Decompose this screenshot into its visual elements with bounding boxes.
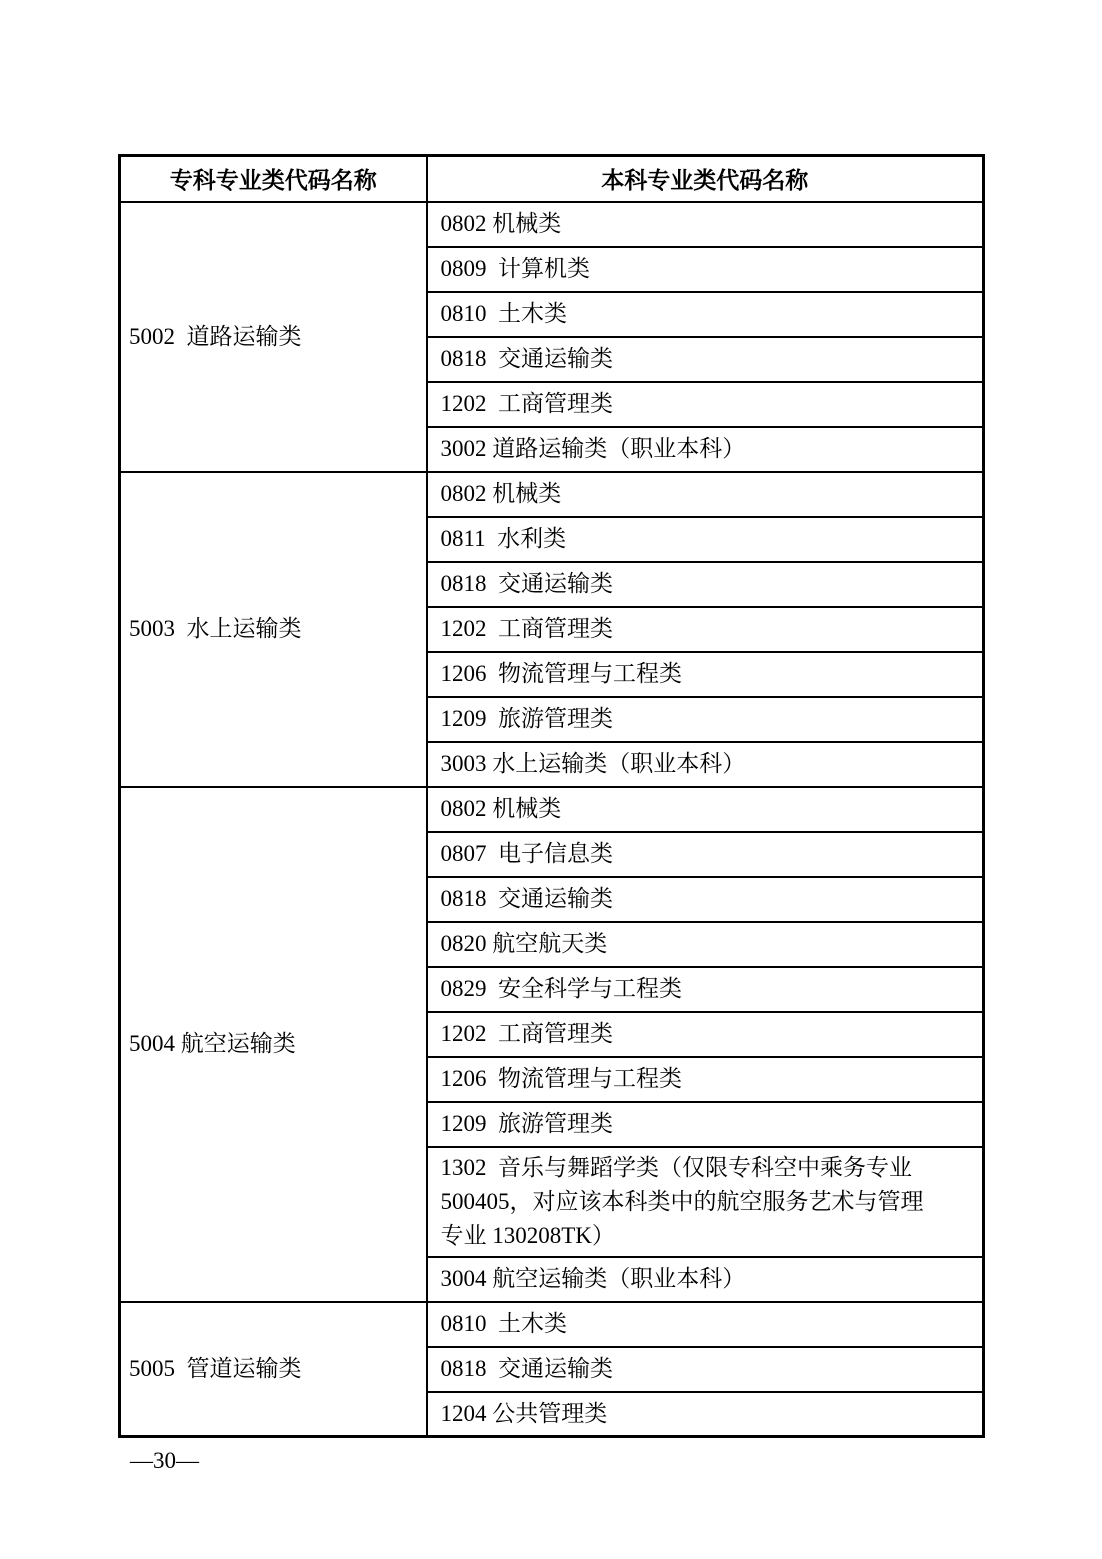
major-cell: 0818 交通运输类 [427,562,984,607]
major-cell: 1209 旅游管理类 [427,697,984,742]
major-cell: 0810 土木类 [427,1302,984,1347]
document-page: { "page": { "page_number": "—30—" }, "ta… [0,0,1102,1559]
header-row: 专科专业类代码名称 本科专业类代码名称 [120,156,984,202]
major-cell: 1204 公共管理类 [427,1392,984,1437]
major-cell: 1206 物流管理与工程类 [427,1057,984,1102]
major-cell: 0818 交通运输类 [427,877,984,922]
major-cell: 1302 音乐与舞蹈学类（仅限专科空中乘务专业 500405，对应该本科类中的航… [427,1147,984,1257]
major-cell: 1209 旅游管理类 [427,1102,984,1147]
major-cell: 1206 物流管理与工程类 [427,652,984,697]
major-cell: 0818 交通运输类 [427,337,984,382]
major-cell: 3002 道路运输类（职业本科） [427,427,984,472]
major-cell: 0820 航空航天类 [427,922,984,967]
header-left-cell: 专科专业类代码名称 [120,156,427,202]
major-cell: 0802 机械类 [427,202,984,247]
major-cell: 0802 机械类 [427,787,984,832]
table-row: 5005 管道运输类0810 土木类 [120,1302,984,1347]
category-cell: 5005 管道运输类 [120,1302,427,1437]
table-row: 5004 航空运输类0802 机械类 [120,787,984,832]
major-cell: 0818 交通运输类 [427,1347,984,1392]
table-header: 专科专业类代码名称 本科专业类代码名称 [120,156,984,202]
major-cell: 0807 电子信息类 [427,832,984,877]
category-cell: 5002 道路运输类 [120,202,427,472]
major-cell: 1202 工商管理类 [427,382,984,427]
major-cell: 0810 土木类 [427,292,984,337]
major-cell: 1202 工商管理类 [427,1012,984,1057]
table-row: 5003 水上运输类0802 机械类 [120,472,984,517]
page-number: —30— [130,1448,199,1474]
table-row: 5002 道路运输类0802 机械类 [120,202,984,247]
major-cell: 0829 安全科学与工程类 [427,967,984,1012]
major-cell: 0802 机械类 [427,472,984,517]
mapping-table-body: 5002 道路运输类0802 机械类0809 计算机类0810 土木类0818 … [120,202,984,1437]
category-cell: 5004 航空运输类 [120,787,427,1302]
major-cell: 0811 水利类 [427,517,984,562]
category-cell: 5003 水上运输类 [120,472,427,787]
major-cell: 1202 工商管理类 [427,607,984,652]
major-mapping-table: 专科专业类代码名称 本科专业类代码名称 5002 道路运输类0802 机械类08… [118,154,985,1438]
major-cell: 3004 航空运输类（职业本科） [427,1257,984,1302]
header-right-cell: 本科专业类代码名称 [427,156,984,202]
major-cell: 0809 计算机类 [427,247,984,292]
major-cell: 3003 水上运输类（职业本科） [427,742,984,787]
